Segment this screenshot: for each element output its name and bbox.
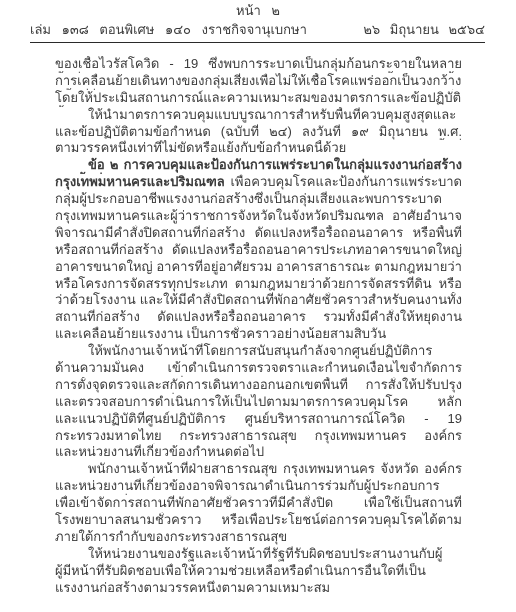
text-line: ด้านความมั่นคง เข้าดำเนินการตรวจตราและกำ… bbox=[55, 360, 462, 377]
text-line: แรงงานก่อสร้างตามวรรคหนึ่งตามความเหมาะสม bbox=[55, 580, 462, 597]
text-line: การเคลื่อนย้ายเดินทางของกลุ่มเสี่ยงเพื่อ… bbox=[55, 73, 462, 90]
text-line: โดยให้ประเมินสถานการณ์และความเหมาะสมของม… bbox=[55, 90, 462, 107]
paragraph: ข้อ ๒ การควบคุมและป้องกันการแพร่ระบาดในก… bbox=[55, 157, 462, 343]
text-line: ข้อ ๒ การควบคุมและป้องกันการแพร่ระบาดในก… bbox=[55, 157, 462, 174]
text-line: กระทรวงมหาดไทย กระทรวงสาธารณสุข กรุงเทพม… bbox=[55, 428, 462, 445]
text-line: กลุ่มผู้ประกอบอาชีพแรงงานก่อสร้างซึ่งเป็… bbox=[55, 191, 462, 208]
text-line: ภายใต้การกำกับของกระทรวงสาธารณสุข bbox=[55, 529, 462, 546]
paragraph: ให้หน่วยงานของรัฐและเจ้าหน้าที่รัฐที่รับ… bbox=[55, 546, 462, 597]
paragraph: พนักงานเจ้าหน้าที่ฝ่ายสาธารณสุข กรุงเทพม… bbox=[55, 461, 462, 545]
text-line: ตามวรรคหนึ่งเท่าที่ไม่ขัดหรือแย้งกับข้อก… bbox=[55, 140, 462, 157]
text-line: หรือโครงการจัดสรรทุกประเภท ตามกฎหมายว่าด… bbox=[55, 276, 462, 293]
text-line: พนักงานเจ้าหน้าที่ฝ่ายสาธารณสุข กรุงเทพม… bbox=[55, 461, 462, 478]
header-row: เล่ม ๑๓๘ ตอนพิเศษ ๑๔๐ ง ราชกิจจานุเบกษา … bbox=[30, 21, 485, 39]
text-line: และข้อปฏิบัติตามข้อกำหนด (ฉบับที่ ๒๔) ลง… bbox=[55, 124, 462, 141]
text-line: ผู้มีหน้าที่รับผิดชอบเพื่อให้ความช่วยเหล… bbox=[55, 563, 462, 580]
text-line: การตั้งจุดตรวจและสกัดการเดินทางออกนอกเขต… bbox=[55, 377, 462, 394]
text-line: และเคลื่อนย้ายแรงงาน เป็นการชั่วคราวอย่า… bbox=[55, 326, 462, 343]
issue-date: ๒๖ มิถุนายน ๒๕๖๔ bbox=[307, 21, 485, 39]
paragraph: ของเชื้อไวรัสโควิด - 19 ซึ่งพบการระบาดเป… bbox=[55, 56, 462, 107]
text-line: อาคารขนาดใหญ่ อาคารที่อยู่อาศัยรวม อาคาร… bbox=[55, 259, 462, 276]
header-rule bbox=[30, 42, 485, 43]
document-body: ของเชื้อไวรัสโควิด - 19 ซึ่งพบการระบาดเป… bbox=[55, 56, 462, 597]
text-line: กรุงเทพมหานครและผู้ว่าราชการจังหวัดในจัง… bbox=[55, 208, 462, 225]
text-line: กรุงเทพมหานครและปริมณฑล เพื่อควบคุมโรคแล… bbox=[55, 174, 462, 191]
gazette-page: หน้า ๒ เล่ม ๑๓๘ ตอนพิเศษ ๑๔๐ ง ราชกิจจาน… bbox=[0, 0, 516, 612]
text-line: หรือสถานที่ก่อสร้าง ดัดแปลงหรือรื้อถอนอา… bbox=[55, 242, 462, 259]
text-line: สถานที่ก่อสร้าง ดัดแปลงหรือรื้อถอนอาคาร … bbox=[55, 309, 462, 326]
text-line: ของเชื้อไวรัสโควิด - 19 ซึ่งพบการระบาดเป… bbox=[55, 56, 462, 73]
text-line: ให้นำมาตรการควบคุมแบบบูรณาการสำหรับพื้นท… bbox=[55, 107, 462, 124]
paragraph: ให้พนักงานเจ้าหน้าที่โดยการสนับสนุนกำลัง… bbox=[55, 343, 462, 461]
text-line: โรงพยาบาลสนามชั่วคราว หรือเพื่อประโยชน์ต… bbox=[55, 512, 462, 529]
publication-title: ราชกิจจานุเบกษา bbox=[208, 21, 307, 39]
text-line: และแนวปฏิบัติที่ศูนย์ปฏิบัติการ ศูนย์บริ… bbox=[55, 411, 462, 428]
page-number: หน้า ๒ bbox=[0, 2, 516, 19]
text-line: ว่าด้วยโรงงาน และให้มีคำสั่งปิดสถานที่พั… bbox=[55, 292, 462, 309]
text-line: พิจารณามีคำสั่งปิดสถานที่ก่อสร้าง ดัดแปล… bbox=[55, 225, 462, 242]
page-header: หน้า ๒ เล่ม ๑๓๘ ตอนพิเศษ ๑๔๐ ง ราชกิจจาน… bbox=[0, 0, 516, 43]
text-line: ให้หน่วยงานของรัฐและเจ้าหน้าที่รัฐที่รับ… bbox=[55, 546, 462, 563]
text-line: และตรวจสอบการดำเนินการให้เป็นไปตามมาตรกา… bbox=[55, 394, 462, 411]
text-line: และหน่วยงานที่เกี่ยวข้องกำหนดต่อไป bbox=[55, 444, 462, 461]
text-line: และหน่วยงานที่เกี่ยวข้องอาจพิจารณาดำเนิน… bbox=[55, 478, 462, 495]
text-line: เพื่อเข้าจัดการสถานที่พักอาศัยชั่วคราวที… bbox=[55, 495, 462, 512]
paragraph: ให้นำมาตรการควบคุมแบบบูรณาการสำหรับพื้นท… bbox=[55, 107, 462, 158]
volume-label: เล่ม ๑๓๘ ตอนพิเศษ ๑๔๐ ง bbox=[30, 21, 208, 39]
text-line: ให้พนักงานเจ้าหน้าที่โดยการสนับสนุนกำลัง… bbox=[55, 343, 462, 360]
